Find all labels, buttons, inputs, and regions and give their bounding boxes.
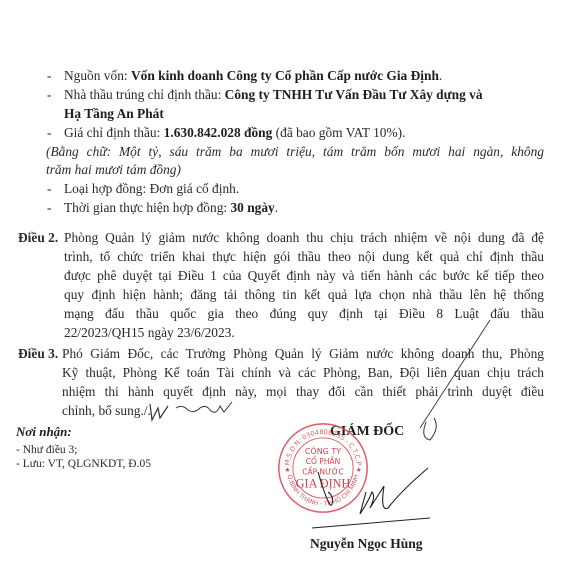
article-2-line: Phòng Quản lý giảm nước không doanh thu … (64, 230, 544, 246)
contractor-value-cont: Hạ Tầng An Phát (64, 106, 164, 122)
duration-value: 30 ngày (230, 200, 274, 215)
duration-label: Thời gian thực hiện hợp đồng: (64, 200, 230, 215)
duration-line: Thời gian thực hiện hợp đồng: 30 ngày. (64, 200, 278, 216)
bullet-dash: - (47, 68, 51, 84)
svg-text:CÔNG TY: CÔNG TY (305, 445, 341, 456)
funding-value: Vốn kinh doanh Công ty Cổ phần Cấp nước … (131, 68, 439, 83)
funding-label: Nguồn vốn: (64, 68, 131, 83)
article-2-line: quy định hiện hành; đăng tải thông tin k… (64, 287, 544, 303)
bullet-dash: - (47, 181, 51, 197)
article-2-line: 22/2023/QH15 ngày 23/6/2023. (64, 325, 235, 341)
price-value: 1.630.842.028 đồng (164, 125, 273, 140)
contractor-label: Nhà thầu trúng chỉ định thầu: (64, 87, 225, 102)
bullet-dash: - (47, 87, 51, 103)
recipient-item: - Lưu: VT, QLGNKDT, Đ.05 (16, 456, 151, 472)
document-page: - Nguồn vốn: Vốn kinh doanh Công ty Cổ p… (0, 0, 572, 577)
price-suffix: (đã bao gồm VAT 10%). (272, 125, 405, 140)
director-signature-icon (310, 462, 440, 530)
price-in-words: (Bằng chữ: Một tỷ, sáu trăm ba mươi triệ… (46, 144, 544, 160)
contract-type-value: Đơn giá cố định. (150, 181, 240, 196)
duration-suffix: . (275, 200, 278, 215)
article-2-line: được phê duyệt tại Điều 1 của Quyết định… (64, 268, 544, 284)
signatory-name: Nguyễn Ngọc Hùng (310, 536, 423, 552)
price-in-words-cont: trăm hai mươi tám đồng) (46, 162, 181, 178)
article-3-line: chỉnh, bổ sung./. (62, 403, 151, 419)
bullet-dash: - (47, 200, 51, 216)
contractor-line: Nhà thầu trúng chỉ định thầu: Công ty TN… (64, 87, 483, 103)
contractor-value: Công ty TNHH Tư Vấn Đầu Tư Xây dựng và (225, 87, 483, 102)
recipients-title: Nơi nhận: (16, 424, 72, 440)
article-2-line: trình, tổ chức triển khai thực hiện gói … (64, 249, 544, 265)
contract-type-line: Loại hợp đồng: Đơn giá cố định. (64, 181, 239, 197)
contract-type-label: Loại hợp đồng: (64, 181, 150, 196)
article-3-label: Điều 3. (18, 346, 58, 362)
pen-stroke-icon (390, 318, 510, 448)
funding-line: Nguồn vốn: Vốn kinh doanh Công ty Cổ phầ… (64, 68, 442, 84)
article-2-label: Điều 2. (18, 230, 58, 246)
bullet-dash: - (47, 125, 51, 141)
funding-suffix: . (439, 68, 442, 83)
initials-signature-icon (146, 398, 241, 424)
price-label: Giá chỉ định thầu: (64, 125, 164, 140)
svg-text:★: ★ (284, 466, 290, 474)
price-line: Giá chỉ định thầu: 1.630.842.028 đồng (đ… (64, 125, 405, 141)
